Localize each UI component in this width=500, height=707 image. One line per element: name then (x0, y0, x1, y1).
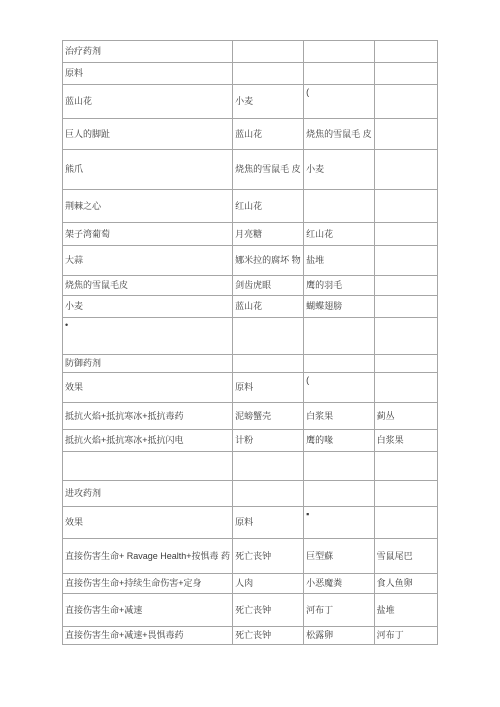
table-cell: 效果 (63, 373, 233, 403)
table-cell (374, 355, 437, 373)
table-cell (304, 41, 375, 63)
table-cell: 大蒜 (63, 246, 233, 276)
table-cell (374, 452, 437, 481)
table-cell: 架子湾葡萄 (63, 223, 233, 246)
table-row: 烧焦的雪鼠毛皮剑齿虎眼鹰的羽毛 (63, 276, 438, 296)
table-cell (233, 355, 304, 373)
table-cell (374, 318, 437, 355)
table-cell (304, 190, 375, 223)
table-cell: 白浆果 (374, 430, 437, 452)
table-cell: ( (304, 85, 375, 119)
table-cell (374, 246, 437, 276)
table-row: 效果原料( (63, 373, 438, 403)
table-row: • (63, 318, 438, 355)
table-row: 抵抗火焰+抵抗寒冰+抵抗毒药泥螃蟹壳白浆果蓟丛 (63, 403, 438, 430)
table-cell: 直接伤害生命+减速+畏惧毒药 (63, 627, 233, 645)
table-cell (374, 481, 437, 507)
table-cell (374, 223, 437, 246)
document-page: 治疗药剂原料蓝山花小麦(巨人的脚趾蓝山花烧焦的雪鼠毛 皮熊爪烧焦的雪鼠毛 皮小麦… (0, 0, 500, 707)
table-cell: 盐堆 (304, 246, 375, 276)
table-cell: 防御药剂 (63, 355, 233, 373)
table-cell: • (63, 318, 233, 355)
alchemy-recipe-table: 治疗药剂原料蓝山花小麦(巨人的脚趾蓝山花烧焦的雪鼠毛 皮熊爪烧焦的雪鼠毛 皮小麦… (62, 40, 438, 645)
table-cell: 人肉 (233, 574, 304, 594)
table-cell (304, 63, 375, 85)
table-cell: 烧焦的雪鼠毛 皮 (233, 150, 304, 190)
table-cell (374, 41, 437, 63)
table-cell (233, 481, 304, 507)
table-cell: 抵抗火焰+抵抗寒冰+抵抗毒药 (63, 403, 233, 430)
table-cell (374, 119, 437, 150)
table-row: 架子湾葡萄月亮糖红山花 (63, 223, 438, 246)
table-cell: 死亡丧钟 (233, 539, 304, 574)
table-cell: 死亡丧钟 (233, 627, 304, 645)
table-cell (304, 355, 375, 373)
table-cell (374, 276, 437, 296)
table-cell (304, 318, 375, 355)
table-cell: 鹰的喙 (304, 430, 375, 452)
table-row: 直接伤害生命+ Ravage Health+按惧毒 药死亡丧钟巨型蘇雪鼠尾巴 (63, 539, 438, 574)
table-cell: 熊爪 (63, 150, 233, 190)
table-cell: 蓟丛 (374, 403, 437, 430)
table-row: 进攻药剂 (63, 481, 438, 507)
table-cell: 效果 (63, 507, 233, 539)
table-cell: 烧焦的雪鼠毛皮 (63, 276, 233, 296)
table-cell (374, 85, 437, 119)
table-cell (233, 452, 304, 481)
table-cell: 白浆果 (304, 403, 375, 430)
table-cell (233, 318, 304, 355)
table-cell (374, 373, 437, 403)
table-body: 治疗药剂原料蓝山花小麦(巨人的脚趾蓝山花烧焦的雪鼠毛 皮熊爪烧焦的雪鼠毛 皮小麦… (63, 41, 438, 645)
table-cell: 死亡丧钟 (233, 594, 304, 627)
table-cell: 月亮糖 (233, 223, 304, 246)
table-row: 直接伤害生命+持续生命伤害+定身人肉小恶魔粪食人鱼卵 (63, 574, 438, 594)
table-cell: 计粉 (233, 430, 304, 452)
table-row: 直接伤害生命+减速死亡丧钟河布丁盐堆 (63, 594, 438, 627)
table-cell: ( (304, 373, 375, 403)
table-cell: 巨型蘇 (304, 539, 375, 574)
table-row: 荆棘之心红山花 (63, 190, 438, 223)
table-cell: 直接伤害生命+ Ravage Health+按惧毒 药 (63, 539, 233, 574)
table-cell (374, 63, 437, 85)
table-cell (374, 507, 437, 539)
table-row (63, 452, 438, 481)
table-cell (63, 452, 233, 481)
table-cell: 小麦 (63, 296, 233, 318)
table-cell (233, 63, 304, 85)
table-cell: 盐堆 (374, 594, 437, 627)
table-row: 巨人的脚趾蓝山花烧焦的雪鼠毛 皮 (63, 119, 438, 150)
table-cell: 烧焦的雪鼠毛 皮 (304, 119, 375, 150)
table-row: 直接伤害生命+减速+畏惧毒药死亡丧钟松露卵河布丁 (63, 627, 438, 645)
table-row: 治疗药剂 (63, 41, 438, 63)
table-cell: 蓝山花 (233, 119, 304, 150)
table-cell: 红山花 (233, 190, 304, 223)
table-cell: 娜米拉的腐坏 物 (233, 246, 304, 276)
table-cell: 蓝山花 (233, 296, 304, 318)
table-cell: 直接伤害生命+持续生命伤害+定身 (63, 574, 233, 594)
table-row: 防御药剂 (63, 355, 438, 373)
table-row: 熊爪烧焦的雪鼠毛 皮小麦 (63, 150, 438, 190)
table-cell: 直接伤害生命+减速 (63, 594, 233, 627)
table-cell: 进攻药剂 (63, 481, 233, 507)
table-row: 原料 (63, 63, 438, 85)
table-cell (374, 296, 437, 318)
table-cell (304, 481, 375, 507)
table-row: 大蒜娜米拉的腐坏 物盐堆 (63, 246, 438, 276)
table-cell: ▪ (304, 507, 375, 539)
table-cell: 食人鱼卵 (374, 574, 437, 594)
table-cell: 小恶魔粪 (304, 574, 375, 594)
table-row: 蓝山花小麦( (63, 85, 438, 119)
table-cell: 原料 (63, 63, 233, 85)
table-cell: 巨人的脚趾 (63, 119, 233, 150)
table-cell: 鹰的羽毛 (304, 276, 375, 296)
table-cell: 小麦 (233, 85, 304, 119)
table-cell: 河布丁 (374, 627, 437, 645)
table-cell (374, 190, 437, 223)
table-row: 小麦蓝山花蝴蝶翅膀 (63, 296, 438, 318)
table-cell: 河布丁 (304, 594, 375, 627)
table-cell (374, 150, 437, 190)
table-cell: 雪鼠尾巴 (374, 539, 437, 574)
table-row: 抵抗火焰+抵抗寒冰+抵抗闪电计粉鹰的喙白浆果 (63, 430, 438, 452)
table-cell: 原料 (233, 507, 304, 539)
table-cell: 抵抗火焰+抵抗寒冰+抵抗闪电 (63, 430, 233, 452)
table-cell: 松露卵 (304, 627, 375, 645)
table-cell: 荆棘之心 (63, 190, 233, 223)
table-cell: 小麦 (304, 150, 375, 190)
table-cell: 蓝山花 (63, 85, 233, 119)
table-cell (304, 452, 375, 481)
table-cell (233, 41, 304, 63)
table-cell: 泥螃蟹壳 (233, 403, 304, 430)
table-cell: 治疗药剂 (63, 41, 233, 63)
table-cell: 红山花 (304, 223, 375, 246)
table-cell: 蝴蝶翅膀 (304, 296, 375, 318)
table-cell: 原料 (233, 373, 304, 403)
table-cell: 剑齿虎眼 (233, 276, 304, 296)
table-row: 效果原料▪ (63, 507, 438, 539)
